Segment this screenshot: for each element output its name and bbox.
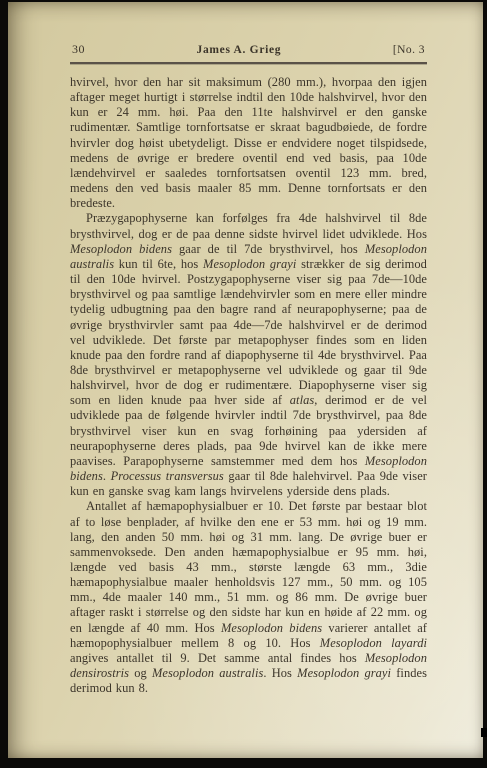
issue-number: [No. 3 — [393, 44, 425, 56]
species-name-italic: Processus transversus — [111, 469, 224, 483]
page-text: hvirvel, hvor den har sit maksimum (280 … — [70, 75, 427, 696]
text-run: . Hos — [263, 666, 297, 680]
header-rule — [70, 62, 427, 64]
species-name-italic: Mesoplodon bidens — [70, 242, 172, 256]
text-run: hvirvel, hvor den har sit maksimum (280 … — [70, 75, 427, 210]
text-run: . — [103, 469, 111, 483]
scanned-book-page: 30 James A. Grieg [No. 3 hvirvel, hvor d… — [0, 0, 487, 768]
page-header: 30 James A. Grieg [No. 3 — [70, 42, 427, 62]
book-page: 30 James A. Grieg [No. 3 hvirvel, hvor d… — [8, 2, 483, 758]
text-run: strækker de sig derimod til den 10de hvi… — [70, 257, 427, 407]
species-name-italic: Mesoplodon grayi — [203, 257, 296, 271]
running-title: James A. Grieg — [197, 44, 282, 56]
species-name-italic: atlas — [290, 393, 315, 407]
page-number: 30 — [72, 42, 85, 57]
text-run: Antallet af hæmapophysialbuer er 10. Det… — [70, 499, 427, 634]
text-run: Præzygapophyserne kan forfølges fra 4de … — [70, 211, 427, 240]
paragraph: hvirvel, hvor den har sit maksimum (280 … — [70, 75, 427, 211]
species-name-italic: Mesoplodon bidens — [221, 621, 322, 635]
paragraph: Præzygapophyserne kan forfølges fra 4de … — [70, 211, 427, 499]
species-name-italic: Mesoplodon layardi — [320, 636, 427, 650]
species-name-italic: Mesoplodon grayi — [297, 666, 391, 680]
scan-artifact — [481, 728, 487, 737]
text-run: gaar de til 7de brysthvirvel, hos — [172, 242, 365, 256]
text-run: kun til 6te, hos — [114, 257, 203, 271]
page-content: 30 James A. Grieg [No. 3 hvirvel, hvor d… — [8, 2, 483, 696]
paragraph: Antallet af hæmapophysialbuer er 10. Det… — [70, 499, 427, 696]
text-run: angives antallet til 9. Det samme antal … — [70, 651, 365, 665]
text-run: og — [129, 666, 152, 680]
species-name-italic: Mesoplodon australis — [152, 666, 263, 680]
